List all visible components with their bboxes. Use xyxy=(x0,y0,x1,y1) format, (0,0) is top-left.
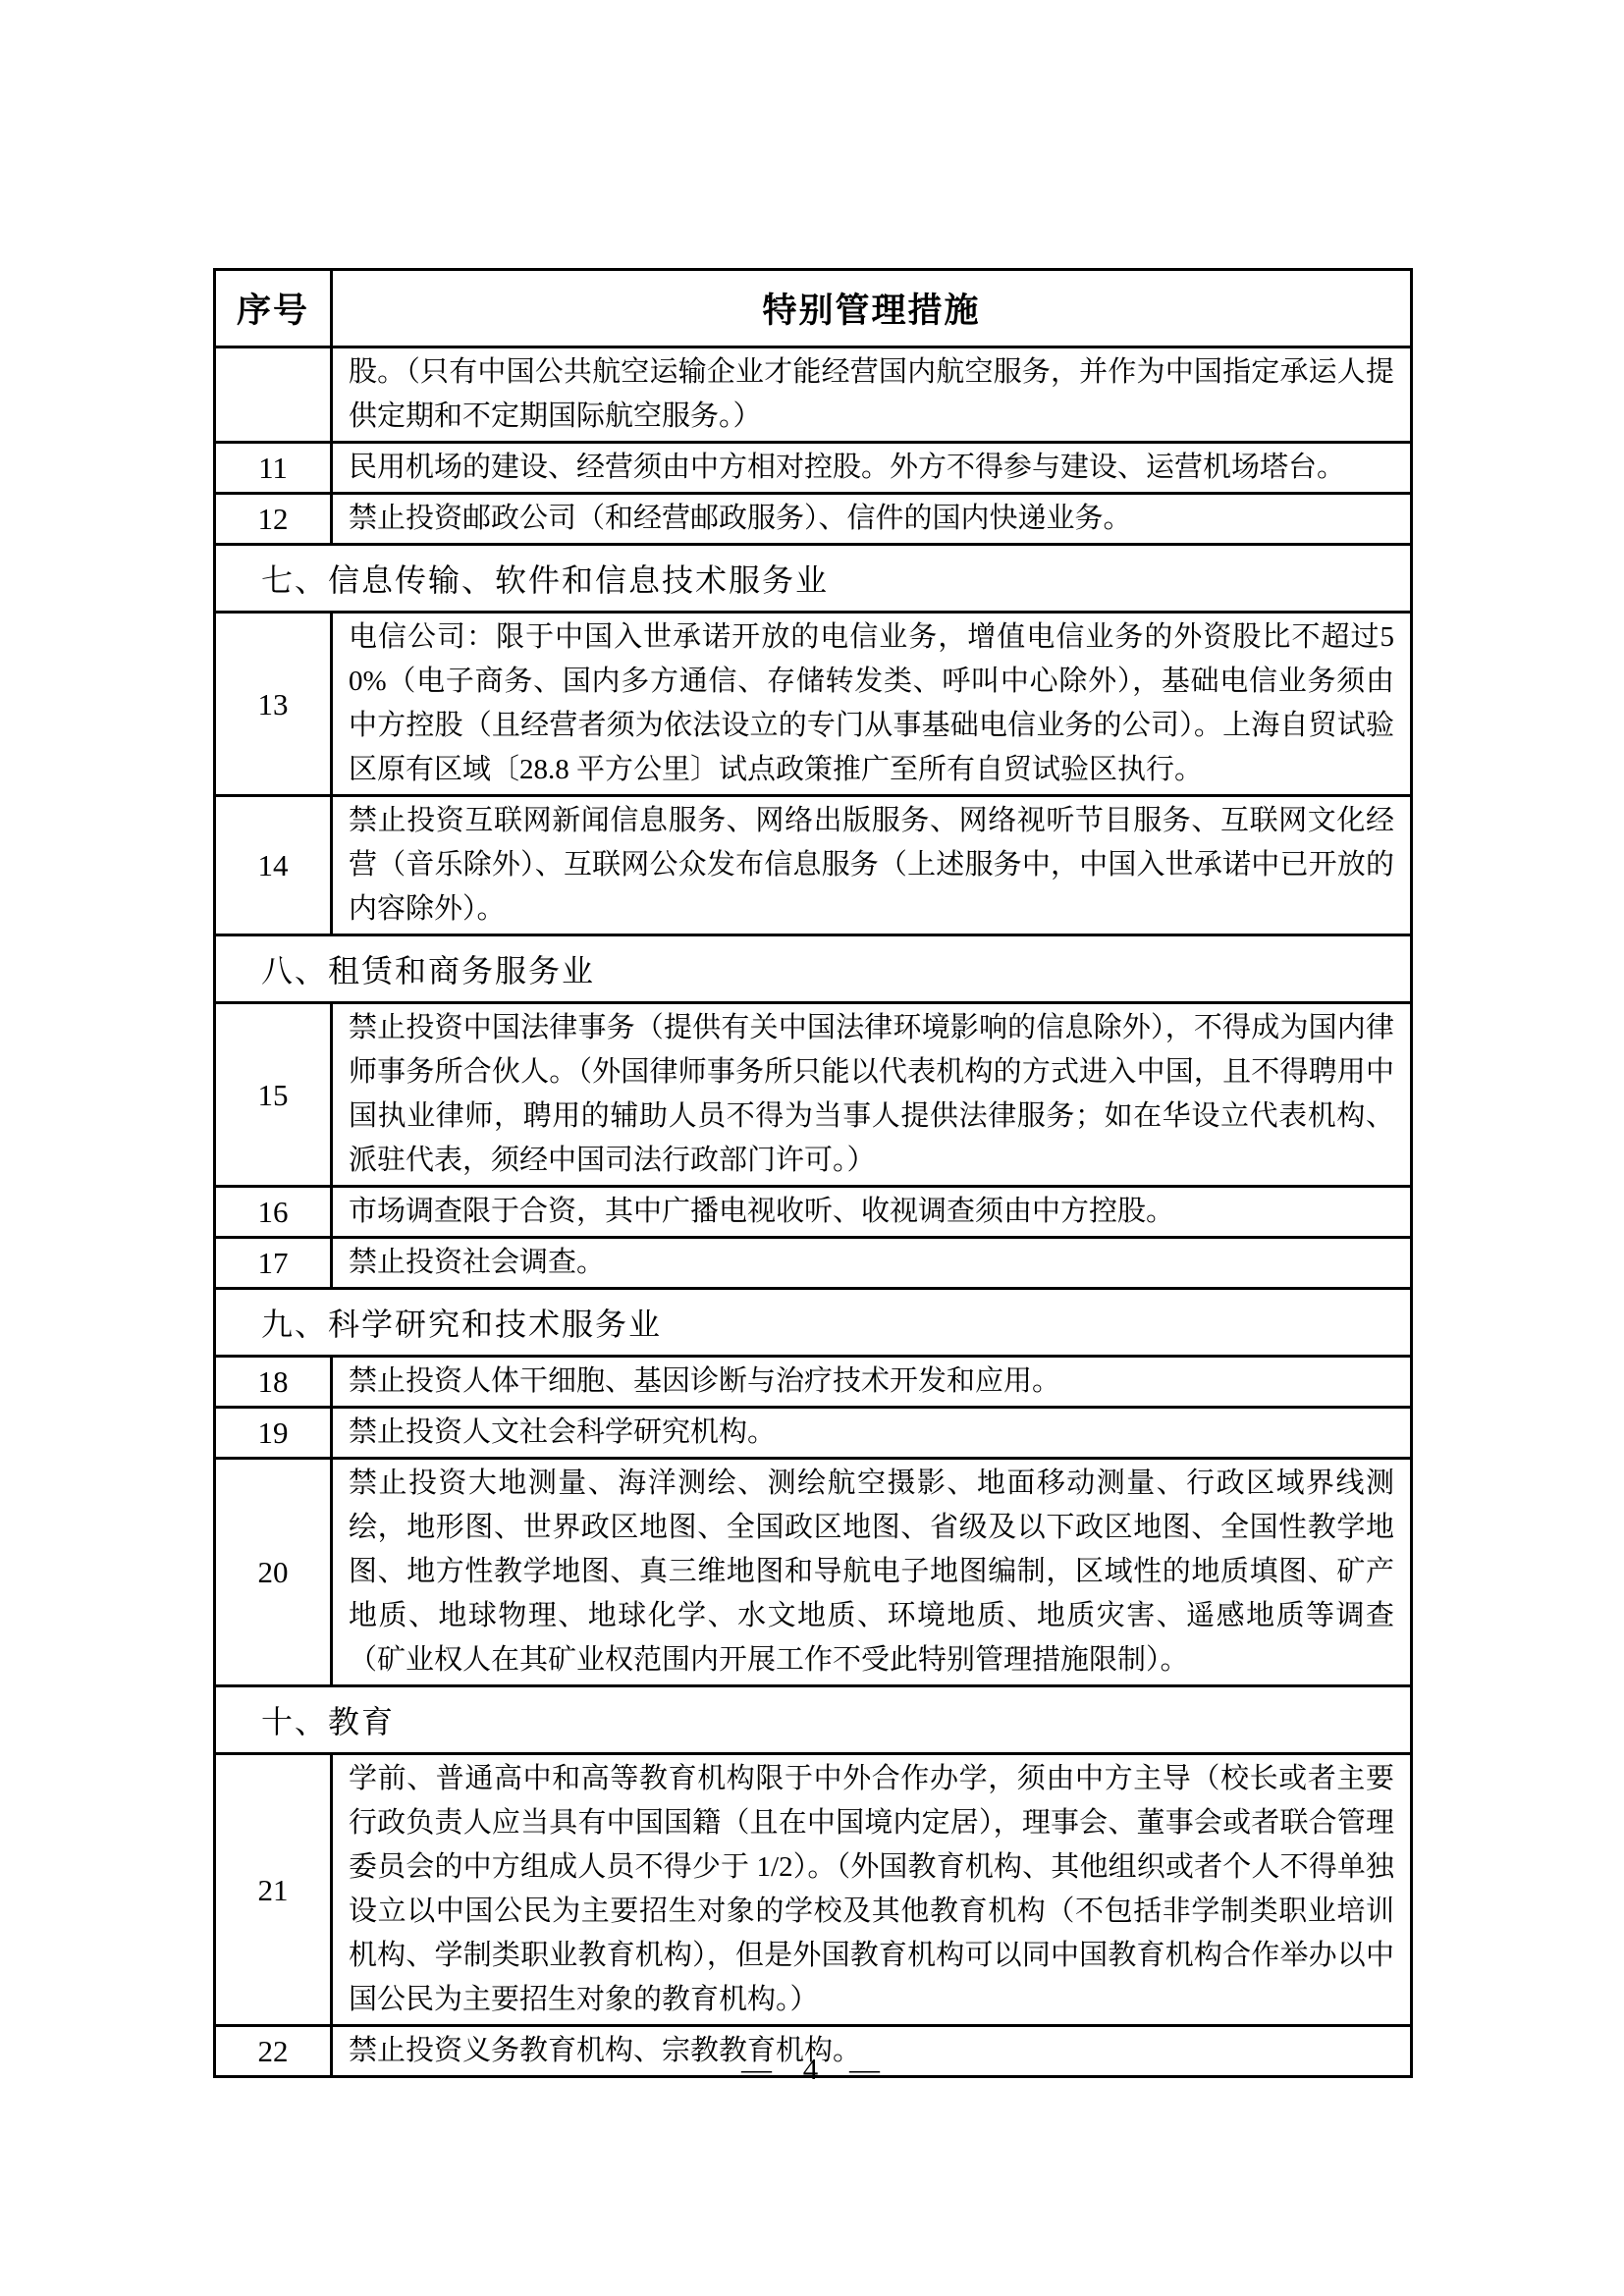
row-number: 17 xyxy=(215,1238,332,1289)
section-title: 十、教育 xyxy=(215,1686,1412,1754)
row-number: 20 xyxy=(215,1459,332,1686)
section-row: 七、信息传输、软件和信息技术服务业 xyxy=(215,545,1412,613)
section-title: 七、信息传输、软件和信息技术服务业 xyxy=(215,545,1412,613)
row-number xyxy=(215,347,332,443)
table-row: 18禁止投资人体干细胞、基因诊断与治疗技术开发和应用。 xyxy=(215,1357,1412,1408)
row-measure-text: 禁止投资大地测量、海洋测绘、测绘航空摄影、地面移动测量、行政区域界线测绘，地形图… xyxy=(332,1459,1412,1686)
document-page: 序号 特别管理措施 股。（只有中国公共航空运输企业才能经营国内航空服务，并作为中… xyxy=(0,0,1624,2296)
row-measure-text: 市场调查限于合资，其中广播电视收听、收视调查须由中方控股。 xyxy=(332,1187,1412,1238)
table-row: 20禁止投资大地测量、海洋测绘、测绘航空摄影、地面移动测量、行政区域界线测绘，地… xyxy=(215,1459,1412,1686)
table-row: 14禁止投资互联网新闻信息服务、网络出版服务、网络视听节目服务、互联网文化经营（… xyxy=(215,796,1412,935)
section-title: 八、租赁和商务服务业 xyxy=(215,935,1412,1003)
section-title: 九、科学研究和技术服务业 xyxy=(215,1289,1412,1357)
table-row: 12禁止投资邮政公司（和经营邮政服务）、信件的国内快递业务。 xyxy=(215,494,1412,545)
col-header-index: 序号 xyxy=(215,270,332,347)
row-number: 16 xyxy=(215,1187,332,1238)
row-number: 19 xyxy=(215,1408,332,1459)
table-row: 13电信公司：限于中国入世承诺开放的电信业务，增值电信业务的外资股比不超过50%… xyxy=(215,613,1412,796)
table-row: 19禁止投资人文社会科学研究机构。 xyxy=(215,1408,1412,1459)
row-number: 21 xyxy=(215,1754,332,2026)
row-number: 14 xyxy=(215,796,332,935)
row-number: 12 xyxy=(215,494,332,545)
special-measures-table: 序号 特别管理措施 股。（只有中国公共航空运输企业才能经营国内航空服务，并作为中… xyxy=(213,268,1413,2078)
table-row: 股。（只有中国公共航空运输企业才能经营国内航空服务，并作为中国指定承运人提供定期… xyxy=(215,347,1412,443)
table-row: 15禁止投资中国法律事务（提供有关中国法律环境影响的信息除外），不得成为国内律师… xyxy=(215,1003,1412,1187)
row-measure-text: 学前、普通高中和高等教育机构限于中外合作办学，须由中方主导（校长或者主要行政负责… xyxy=(332,1754,1412,2026)
table-row: 16市场调查限于合资，其中广播电视收听、收视调查须由中方控股。 xyxy=(215,1187,1412,1238)
row-number: 15 xyxy=(215,1003,332,1187)
table-row: 11民用机场的建设、经营须由中方相对控股。外方不得参与建设、运营机场塔台。 xyxy=(215,443,1412,494)
row-number: 18 xyxy=(215,1357,332,1408)
page-number: — 4 — xyxy=(0,2047,1624,2091)
table-row: 21学前、普通高中和高等教育机构限于中外合作办学，须由中方主导（校长或者主要行政… xyxy=(215,1754,1412,2026)
row-measure-text: 电信公司：限于中国入世承诺开放的电信业务，增值电信业务的外资股比不超过50%（电… xyxy=(332,613,1412,796)
section-row: 八、租赁和商务服务业 xyxy=(215,935,1412,1003)
row-measure-text: 禁止投资中国法律事务（提供有关中国法律环境影响的信息除外），不得成为国内律师事务… xyxy=(332,1003,1412,1187)
row-measure-text: 禁止投资人体干细胞、基因诊断与治疗技术开发和应用。 xyxy=(332,1357,1412,1408)
table-row: 17禁止投资社会调查。 xyxy=(215,1238,1412,1289)
row-number: 13 xyxy=(215,613,332,796)
row-number: 11 xyxy=(215,443,332,494)
row-measure-text: 股。（只有中国公共航空运输企业才能经营国内航空服务，并作为中国指定承运人提供定期… xyxy=(332,347,1412,443)
col-header-measures: 特别管理措施 xyxy=(332,270,1412,347)
section-row: 十、教育 xyxy=(215,1686,1412,1754)
row-measure-text: 禁止投资邮政公司（和经营邮政服务）、信件的国内快递业务。 xyxy=(332,494,1412,545)
row-measure-text: 禁止投资社会调查。 xyxy=(332,1238,1412,1289)
table-header-row: 序号 特别管理措施 xyxy=(215,270,1412,347)
row-measure-text: 禁止投资互联网新闻信息服务、网络出版服务、网络视听节目服务、互联网文化经营（音乐… xyxy=(332,796,1412,935)
section-row: 九、科学研究和技术服务业 xyxy=(215,1289,1412,1357)
row-measure-text: 禁止投资人文社会科学研究机构。 xyxy=(332,1408,1412,1459)
row-measure-text: 民用机场的建设、经营须由中方相对控股。外方不得参与建设、运营机场塔台。 xyxy=(332,443,1412,494)
